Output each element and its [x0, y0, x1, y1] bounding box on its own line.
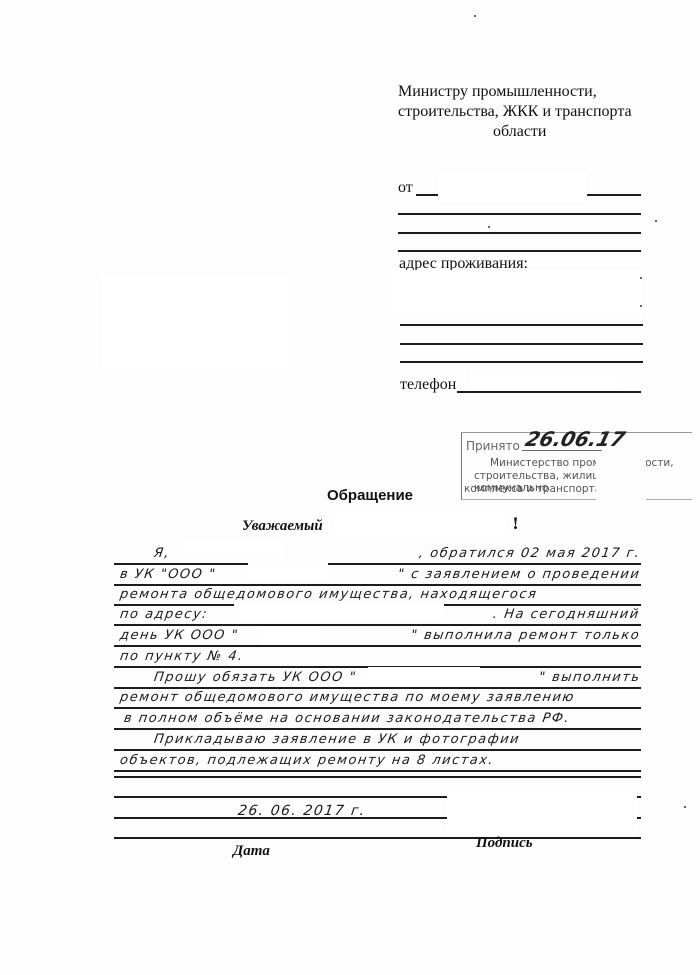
bottom-line[interactable] [114, 837, 641, 839]
redacted-signature [447, 793, 637, 835]
handwritten-text: Прошу обязать УК ООО " [153, 670, 358, 685]
recipient-line-1: Министру промышленности, [398, 82, 668, 102]
date-label: Дата [233, 843, 270, 860]
from-line-3[interactable] [398, 232, 641, 234]
recipient-block: Министру промышленности, строительства, … [398, 82, 668, 142]
stamp-received-date: 26.06.17 [523, 427, 628, 451]
scan-speck [655, 220, 657, 222]
ruled-line[interactable] [114, 707, 641, 709]
ruled-line[interactable] [114, 584, 641, 586]
address-line-3[interactable] [400, 361, 643, 363]
handwritten-text: по пункту № 4. [119, 649, 245, 664]
handwritten-text: по адресу: [119, 607, 209, 622]
handwritten-text: день УК ООО " [119, 628, 240, 643]
handwritten-text: ремонта общедомового имущества, находяще… [119, 587, 538, 602]
ruled-line[interactable] [114, 563, 641, 565]
ruled-line[interactable] [114, 687, 641, 689]
scan-speck [488, 226, 490, 228]
blank-line-1[interactable] [114, 776, 641, 778]
redacted-company-name-2 [258, 626, 320, 644]
handwritten-text: в УК "ООО " [119, 567, 217, 582]
handwritten-text-right: , обратился 02 мая 2017 г. [417, 546, 641, 561]
from-underline-start [416, 194, 438, 196]
handwritten-text-right: " выполнить [537, 670, 641, 685]
handwritten-text: ремонт общедомового имущества по моему з… [119, 690, 576, 705]
handwritten-text-right: . На сегодняшний [492, 607, 641, 622]
signature-label: Подпись [476, 835, 533, 852]
handwritten-text: в полном объёме на основании законодател… [123, 711, 571, 726]
from-underline-end [587, 194, 641, 196]
scan-speck [640, 277, 642, 279]
ruled-line[interactable] [114, 728, 641, 730]
phone-label: телефон [400, 376, 456, 394]
handwritten-text: объектов, подлежащих ремонту на 8 листах… [119, 753, 495, 768]
scan-speck [640, 305, 642, 307]
from-line-4[interactable] [398, 250, 641, 252]
redacted-object-address [234, 603, 444, 621]
date-value: 26. 06. 2017 г. [237, 803, 367, 819]
redacted-company-name-1 [248, 562, 328, 580]
redacted-applicant-name [178, 540, 284, 558]
from-line-2[interactable] [398, 213, 641, 215]
ruled-line[interactable] [114, 645, 641, 647]
redacted-company-name-3 [368, 667, 480, 683]
redacted-address [392, 270, 642, 318]
from-label: от [398, 179, 413, 197]
redacted-addressee [335, 513, 505, 535]
salutation: Уважаемый [242, 518, 323, 535]
phone-underline[interactable] [457, 391, 641, 393]
recipient-line-3: области [398, 122, 668, 142]
scan-speck [474, 15, 476, 17]
stamp-received-label: Принято [466, 439, 520, 453]
handwritten-text: Прикладываю заявление в УК и фотографии [153, 732, 521, 747]
redacted-block-left [102, 276, 288, 368]
salutation-exclamation: ! [512, 514, 519, 533]
address-line-2[interactable] [400, 343, 643, 345]
ruled-line[interactable] [114, 624, 641, 626]
recipient-line-2: строительства, ЖКК и транспорта [398, 102, 668, 122]
scan-speck [684, 806, 686, 808]
handwritten-text: Я, [153, 546, 171, 561]
redacted-phone [470, 370, 622, 390]
page-title: Обращение [0, 487, 700, 504]
handwritten-text-right: " с заявлением о проведении [397, 567, 641, 582]
redacted-sender-name [439, 172, 587, 202]
stamp-line-1: Министерство промышленности, [490, 457, 674, 469]
address-line-1[interactable] [400, 324, 643, 326]
ruled-line[interactable] [114, 770, 641, 772]
ruled-line[interactable] [114, 749, 641, 751]
handwritten-text-right: " выполнила ремонт только [410, 628, 641, 643]
